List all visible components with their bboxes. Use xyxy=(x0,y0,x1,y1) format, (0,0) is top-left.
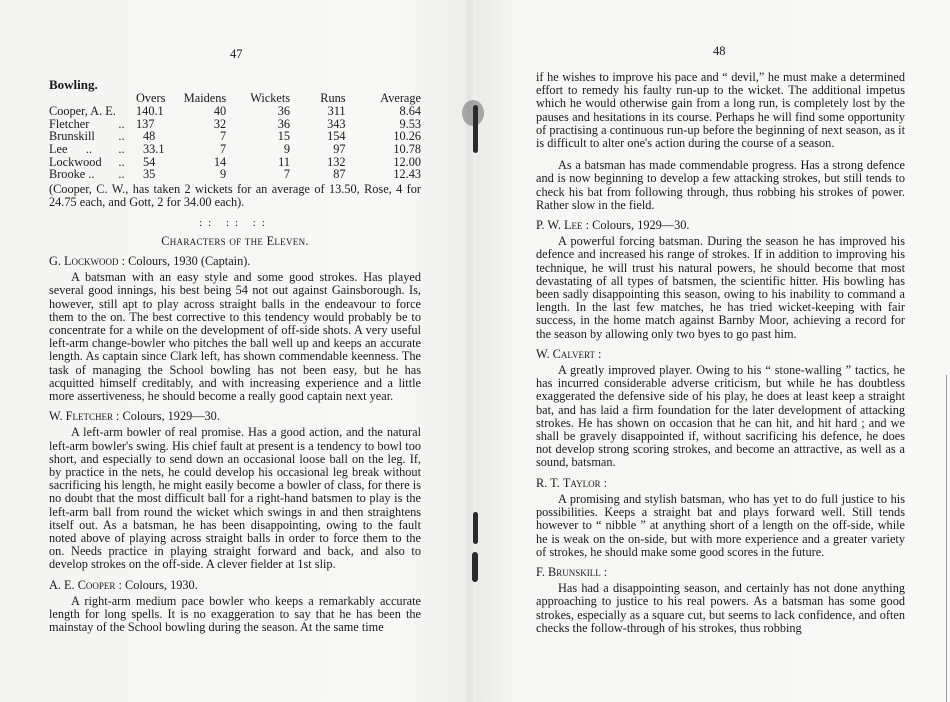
bowling-heading: Bowling. xyxy=(49,78,421,91)
section-title: Characters of the Eleven. xyxy=(49,235,421,248)
table-row: Cooper, A. E. 140.1 40 36 311 8.64 xyxy=(49,105,421,118)
character-text-lee: A powerful forcing batsman. During the s… xyxy=(536,235,905,341)
staple-bottom-upper xyxy=(473,512,478,544)
character-heading-lockwood: G. Lockwood : Colours, 1930 (Captain). xyxy=(49,255,421,268)
table-row: Lockwood .. 54 14 11 132 12.00 xyxy=(49,156,421,169)
character-text-cooper: A right-arm medium pace bowler who keeps… xyxy=(49,595,421,635)
character-text-fletcher: A left-arm bowler of real promise. Has a… xyxy=(49,426,421,571)
bowling-table: Overs Maidens Wickets Runs Average Coope… xyxy=(49,92,421,181)
character-heading-calvert: W. Calvert : xyxy=(536,348,905,361)
character-text-lockwood: A batsman with an easy style and some go… xyxy=(49,271,421,403)
col-overs: Overs xyxy=(136,92,180,105)
book-spread: 47 Bowling. Overs Maidens Wickets Runs A… xyxy=(0,0,950,702)
staple-top xyxy=(473,105,478,153)
table-row: Fletcher .. 137 32 36 343 9.53 xyxy=(49,118,421,131)
character-heading-brunskill: F. Brunskill : xyxy=(536,566,905,579)
col-runs: Runs xyxy=(290,92,346,105)
bowling-note: (Cooper, C. W., has taken 2 wickets for … xyxy=(49,183,421,209)
col-wickets: Wickets xyxy=(226,92,290,105)
col-average: Average xyxy=(346,92,421,105)
continuation-batting-text: As a batsman has made commendable progre… xyxy=(536,159,905,212)
ornament-divider: :: :: :: xyxy=(49,217,421,230)
page-number: 48 xyxy=(713,44,726,59)
table-row: Brunskill .. 48 7 15 154 10.26 xyxy=(49,130,421,143)
character-heading-lee: P. W. Lee : Colours, 1929—30. xyxy=(536,219,905,232)
page-number: 47 xyxy=(230,47,243,62)
character-heading-cooper: A. E. Cooper : Colours, 1930. xyxy=(49,579,421,592)
left-page: 47 Bowling. Overs Maidens Wickets Runs A… xyxy=(0,0,468,702)
continuation-text: if he wishes to improve his pace and “ d… xyxy=(536,71,905,150)
right-page: 48 if he wishes to improve his pace and … xyxy=(468,0,950,702)
table-row: Lee .. .. 33.1 7 9 97 10.78 xyxy=(49,143,421,156)
character-text-taylor: A promising and stylish batsman, who has… xyxy=(536,493,905,559)
character-text-calvert: A greatly improved player. Owing to his … xyxy=(536,364,905,470)
left-page-content: Bowling. Overs Maidens Wickets Runs Aver… xyxy=(49,78,421,641)
staple-bottom-lower xyxy=(472,552,478,582)
table-row: Brooke .. .. 35 9 7 87 12.43 xyxy=(49,168,421,181)
page-edge-line xyxy=(946,375,947,702)
character-text-brunskill: Has had a disappointing season, and cert… xyxy=(536,582,905,635)
table-header-row: Overs Maidens Wickets Runs Average xyxy=(49,92,421,105)
character-heading-taylor: R. T. Taylor : xyxy=(536,477,905,490)
col-maidens: Maidens xyxy=(180,92,226,105)
right-page-content: if he wishes to improve his pace and “ d… xyxy=(536,71,905,642)
character-heading-fletcher: W. Fletcher : Colours, 1929—30. xyxy=(49,410,421,423)
